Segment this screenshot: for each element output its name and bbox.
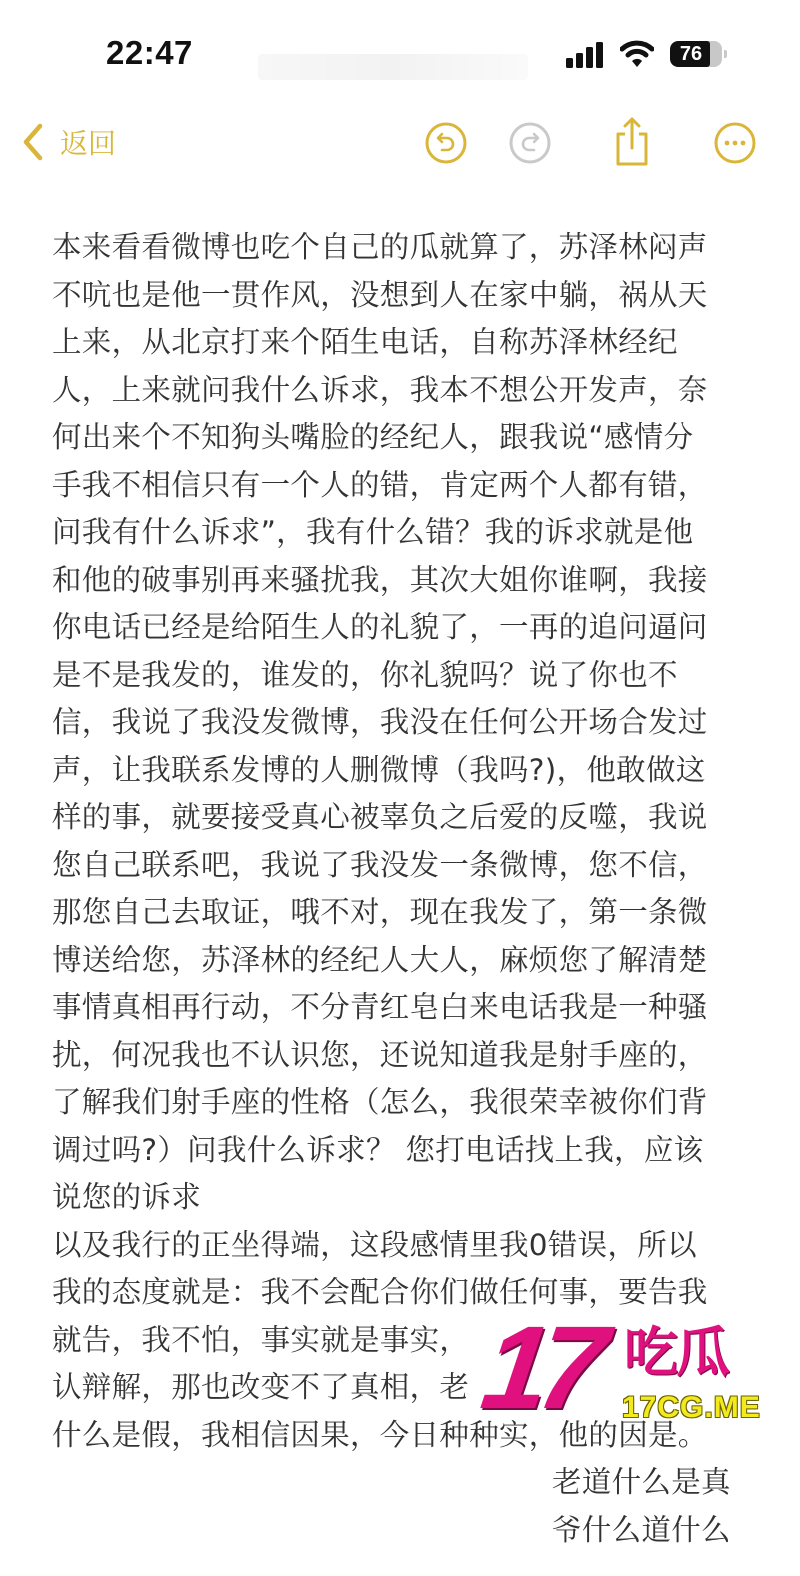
- note-line: 您自己联系吧，我说了我没发一条微博，您不信，: [52, 842, 752, 890]
- note-line: 手我不相信只有一个人的错，肯定两个人都有错，: [52, 462, 752, 510]
- battery-indicator: 76: [670, 41, 722, 67]
- note-line: 调过吗?）问我什么诉求？ 您打电话找上我，应该: [52, 1127, 752, 1175]
- note-line: 什么是假，我相信因果，今日种种实，他的因是。: [52, 1412, 752, 1460]
- wifi-icon: [620, 40, 654, 68]
- note-line: 问我有什么诉求”，我有什么错？我的诉求就是他: [52, 509, 752, 557]
- note-line: 声，让我联系发博的人删微博（我吗?)，他敢做这: [52, 747, 752, 795]
- note-content[interactable]: 本来看看微博也吃个自己的瓜就算了，苏泽林闷声 不吭也是他一贯作风，没想到人在家中…: [52, 224, 752, 1554]
- note-line: 说您的诉求: [52, 1174, 752, 1222]
- status-bar: 22:47 76: [0, 0, 800, 100]
- note-line: 本来看看微博也吃个自己的瓜就算了，苏泽林闷声: [52, 224, 752, 272]
- back-label: 返回: [60, 122, 116, 162]
- note-line: 扰，何况我也不认识您，还说知道我是射手座的，: [52, 1032, 752, 1080]
- note-line: 认辩解，那也改变不了真相，老: [52, 1364, 752, 1412]
- note-line-right: 老道什么是真: [52, 1459, 752, 1507]
- note-line: 何出来个不知狗头嘴脸的经纪人，跟我说“感情分: [52, 414, 752, 462]
- note-line: 上来，从北京打来个陌生电话，自称苏泽林经纪: [52, 319, 752, 367]
- note-line: 了解我们射手座的性格（怎么，我很荣幸被你们背: [52, 1079, 752, 1127]
- undo-button[interactable]: [423, 120, 469, 166]
- note-line: 信，我说了我没发微博，我没在任何公开场合发过: [52, 699, 752, 747]
- faded-background-text: [258, 54, 528, 80]
- note-line: 你电话已经是给陌生人的礼貌了，一再的追问逼问: [52, 604, 752, 652]
- note-line: 以及我行的正坐得端，这段感情里我0错误，所以: [52, 1222, 752, 1270]
- ellipsis-circle-icon: [712, 120, 758, 166]
- note-line: 和他的破事别再来骚扰我，其次大姐你谁啊，我接: [52, 557, 752, 605]
- note-line: 事情真相再行动，不分青红皂白来电话我是一种骚: [52, 984, 752, 1032]
- note-line-right: 爷什么道什么: [52, 1507, 752, 1555]
- note-line: 就告，我不怕，事实就是事实，: [52, 1317, 752, 1365]
- notes-toolbar: 返回: [0, 110, 800, 174]
- share-button[interactable]: [609, 116, 655, 168]
- more-button[interactable]: [712, 120, 758, 166]
- note-line: 人，上来就问我什么诉求，我本不想公开发声，奈: [52, 367, 752, 415]
- note-line: 不吭也是他一贯作风，没想到人在家中躺，祸从天: [52, 272, 752, 320]
- share-icon: [609, 116, 655, 168]
- note-line: 我的态度就是：我不会配合你们做任何事，要告我: [52, 1269, 752, 1317]
- chevron-left-icon: [20, 122, 46, 162]
- undo-icon: [423, 120, 469, 166]
- battery-cap: [724, 50, 727, 58]
- redo-icon: [507, 120, 553, 166]
- battery-level: 76: [670, 41, 712, 67]
- note-line: 博送给您，苏泽林的经纪人大人，麻烦您了解清楚: [52, 937, 752, 985]
- note-line: 样的事，就要接受真心被辜负之后爱的反噬，我说: [52, 794, 752, 842]
- note-line: 那您自己去取证，哦不对，现在我发了，第一条微: [52, 889, 752, 937]
- status-time: 22:47: [106, 34, 193, 72]
- redo-button[interactable]: [507, 120, 553, 166]
- back-button[interactable]: 返回: [20, 120, 116, 164]
- note-line: 是不是我发的，谁发的，你礼貌吗？说了你也不: [52, 652, 752, 700]
- cellular-signal-icon: [566, 42, 606, 68]
